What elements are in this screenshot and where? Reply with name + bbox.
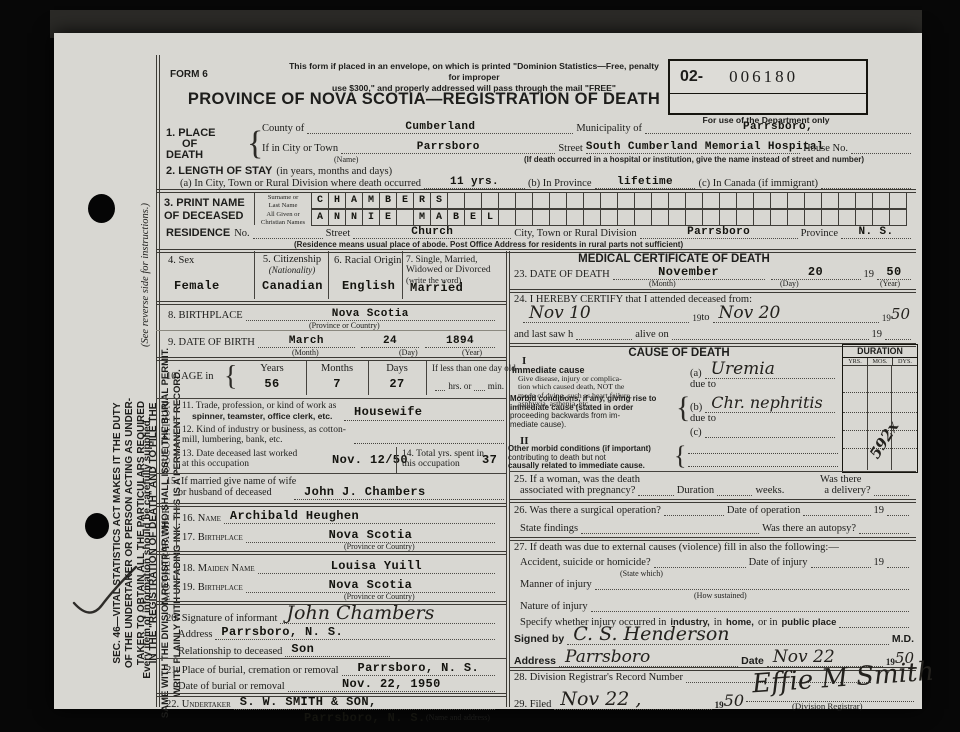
print-name-label-2: OF DECEASED: [164, 210, 245, 223]
q25-delivery-label: a delivery?: [824, 485, 870, 496]
supplied-note: Every item of information should be care…: [142, 383, 155, 713]
rule: [509, 289, 916, 293]
father-side-text: FATHER: [162, 505, 173, 548]
duration-col-mos: MOS.: [868, 358, 893, 365]
q26-year: 19: [874, 505, 885, 516]
citizenship-paren: (Nationality): [258, 265, 326, 275]
letter-cell: [685, 192, 703, 209]
q26-opdate-label: Date of operation: [727, 505, 800, 516]
father-name-value: Archibald Heughen: [230, 509, 359, 523]
age-min-label: min.: [488, 381, 504, 391]
physician-signature: C. S. Henderson: [573, 623, 729, 645]
letter-cell: [498, 192, 516, 209]
surname-letter-cells: CHAMBERS: [312, 192, 907, 209]
informant-signature: John Chambers: [286, 602, 434, 624]
letter-cell: [804, 209, 822, 226]
street-value: South Cumberland Memorial Hospital: [586, 141, 824, 153]
letter-cell: [634, 192, 652, 209]
letter-cell: [719, 192, 737, 209]
dod-line: 23. DATE OF DEATH November 20 19 50: [514, 266, 914, 280]
age-less-label: If less than one day old: [432, 363, 516, 373]
letter-cell: [532, 192, 550, 209]
occupation-side-text: OCCUPATION: [162, 400, 173, 472]
father-birthplace-note: (Province or Country): [344, 542, 415, 551]
lastsaw-label: and last saw h: [514, 329, 573, 340]
trade-label-2: spinner, teamster, office clerk, etc.: [182, 411, 336, 421]
city-label: If in City or Town: [262, 143, 338, 154]
undertaker-label: 22. Undertaker: [166, 699, 231, 710]
letter-cell: [481, 192, 499, 209]
totalyrs-label-1: 14. Total yrs. spent in: [402, 449, 484, 459]
page-title: PROVINCE OF NOVA SCOTIA—REGISTRATION OF …: [174, 90, 674, 109]
form-number: FORM 6: [170, 69, 208, 80]
lastsaw-year: 19: [872, 329, 883, 340]
relationship-label: Relationship to deceased: [178, 646, 282, 657]
letter-cell: [583, 209, 601, 226]
letter-cell: [838, 192, 856, 209]
rule: [509, 499, 916, 503]
mother-side-label: MOTHER: [158, 553, 177, 599]
residence-division-value: Parrsboro: [687, 226, 750, 238]
letter-cell: I: [362, 209, 380, 226]
letter-cell: [872, 192, 890, 209]
trade-value: Housewife: [354, 405, 422, 419]
dob-month-note: (Month): [292, 348, 319, 357]
duration-header-row: YRS. MOS. DYS.: [843, 358, 917, 366]
father-birthplace-line: 17. Birthplace Nova Scotia: [182, 529, 498, 543]
letter-cell: S: [430, 192, 448, 209]
rule: [396, 447, 397, 473]
dod-day-note: (Day): [780, 279, 799, 288]
totalyrs-label-2: this occupation: [402, 459, 484, 469]
rule: [426, 361, 427, 395]
letter-cell: [787, 209, 805, 226]
rule: [344, 420, 504, 421]
city-street-line: If in City or Town Parrsboro Street Sout…: [262, 141, 914, 154]
county-label: County of: [262, 123, 304, 134]
cause-a-value: Uremia: [711, 359, 775, 379]
birthplace-line: 8. BIRTHPLACE Nova Scotia: [168, 308, 498, 321]
cause-c-label: (c): [690, 427, 702, 438]
signed-line: Signed by C. S. Henderson M.D.: [514, 628, 914, 645]
scanned-photo: { "stamp": {"prefix":"02-","number":"006…: [0, 0, 960, 732]
other-label-3: causally related to immediate cause.: [508, 462, 651, 471]
citizenship-value: Canadian: [262, 279, 323, 293]
letter-cell: E: [379, 209, 397, 226]
rule: [688, 453, 838, 454]
letter-cell: R: [413, 192, 431, 209]
mother-birthplace-label: 19. Birthplace: [182, 582, 243, 593]
cause-title: CAUSE OF DEATH: [524, 347, 834, 359]
spouse-label: 15. If married give name of wife or husb…: [166, 476, 296, 498]
trade-label: 11. Trade, profession, or kind of work a…: [182, 401, 336, 421]
q26-line1: 26. Was there a surgical operation? Date…: [514, 505, 912, 516]
q29-line: 29. Filed Nov 22 , 19 50: [514, 691, 744, 710]
rule: [156, 357, 506, 361]
letter-cell: [889, 209, 907, 226]
racial-origin-label: 6. Racial Origin: [334, 255, 401, 266]
occupation-side-label: OCCUPATION: [158, 399, 177, 473]
letter-cell: A: [430, 209, 448, 226]
attended-from-year: 19: [692, 313, 701, 323]
father-name-line: 16. Name Archibald Heughen: [182, 510, 498, 524]
stay-b-value: lifetime: [617, 176, 673, 188]
letter-cell: [617, 209, 635, 226]
house-no-label: House No.: [803, 143, 848, 154]
age-months-label: Months: [306, 363, 368, 374]
letter-cell: [685, 209, 703, 226]
age-months-value: 7: [306, 377, 368, 391]
sex-label: 4. Sex: [168, 255, 194, 266]
cause-a-line: (a) Uremia: [690, 363, 838, 379]
q27-home-word: home,: [726, 617, 754, 628]
letter-cell: B: [379, 192, 397, 209]
lastworked-label-2: at this occupation: [182, 459, 297, 469]
rule: [354, 443, 504, 444]
letter-cell: [651, 209, 669, 226]
mother-maiden-line: 18. Maiden Name Louisa Yuill: [182, 560, 498, 574]
letter-cell: [600, 192, 618, 209]
certificate-date-label: Date: [741, 655, 764, 667]
letter-cell: [821, 209, 839, 226]
citizenship-label: 5. Citizenship (Nationality): [258, 255, 326, 275]
lastworked-label: 13. Date deceased last worked at this oc…: [182, 449, 297, 469]
undertaker-line: 22. Undertaker S. W. SMITH & SON,: [166, 696, 498, 710]
q25-line2: associated with pregnancy? Duration week…: [520, 485, 912, 496]
cause-a-label: (a): [690, 368, 702, 379]
industry-label-1: 12. Kind of industry or business, as cot…: [182, 425, 346, 435]
letter-cell: [668, 192, 686, 209]
letter-cell: B: [447, 209, 465, 226]
letter-cell: [855, 209, 873, 226]
morbid-label: Morbid conditions, if any, giving rise t…: [510, 395, 656, 429]
rule: [156, 301, 506, 305]
sec46-line: OF THE UNDERTAKER OR PERSON ACTING AS UN…: [124, 331, 136, 732]
city-value: Parrsboro: [417, 141, 480, 153]
rule: [294, 499, 504, 500]
q25-pregnancy-label: associated with pregnancy?: [520, 485, 635, 496]
totalyrs-value: 37: [482, 453, 497, 467]
q27-nature-label: Nature of injury: [520, 601, 588, 612]
dod-month: November: [658, 265, 719, 279]
letter-cell: [668, 209, 686, 226]
registrar-note: (Division Registrar): [792, 701, 863, 711]
mother-maiden-value: Louisa Yuill: [331, 559, 422, 573]
dod-year: 50: [886, 265, 901, 279]
given-sublabel: All Given or Christian Names: [255, 209, 311, 226]
record-number-label: 28. Division Registrar's Record Number: [514, 672, 683, 683]
attended-to-year-prefix: 19: [882, 313, 891, 323]
q25-duration-label: Duration: [677, 485, 714, 496]
letter-cell: [549, 192, 567, 209]
age-years-label: Years: [238, 363, 306, 374]
letter-cell: [889, 192, 907, 209]
rule: [509, 471, 916, 472]
letter-cell: [464, 192, 482, 209]
stay-a-label: (a) In City, Town or Rural Division wher…: [180, 178, 421, 189]
surname-sublabel: Surname or Last Name: [255, 193, 311, 209]
dob-day-note: (Day): [399, 348, 418, 357]
informant-label: 20. Signature of informant: [166, 613, 277, 624]
q27-state-which-note: (State which): [620, 569, 663, 578]
stamp-prefix: 02-: [680, 68, 703, 86]
letter-cell: [753, 192, 771, 209]
letter-cell: [583, 192, 601, 209]
letter-cell: [396, 209, 414, 226]
letter-cell: [634, 209, 652, 226]
lastsaw-mid-label: alive on: [635, 329, 669, 340]
surname-sublabel-2: Last Name: [255, 202, 311, 210]
burial-place-line: 21. Place of burial, cremation or remova…: [166, 662, 498, 676]
name-note: (Name): [334, 155, 358, 164]
totalyrs-label: 14. Total yrs. spent in this occupation: [402, 449, 484, 469]
burial-date-label: Date of burial or removal: [178, 681, 285, 692]
rule: [156, 398, 506, 399]
rule: [156, 330, 506, 331]
letter-cell: [855, 192, 873, 209]
letter-cell: [770, 192, 788, 209]
age-years-value: 56: [238, 377, 306, 391]
dod-month-note: (Month): [649, 279, 676, 288]
letter-cell: A: [345, 192, 363, 209]
physician-address-label: Address: [514, 655, 556, 667]
letter-cell: [515, 209, 533, 226]
dob-year-note: (Year): [462, 348, 482, 357]
md-label: M.D.: [892, 633, 914, 645]
q27-orin-word: or in: [758, 617, 778, 628]
letter-cell: [753, 209, 771, 226]
morbid-brace: {: [676, 391, 690, 425]
marital-value: Married: [410, 281, 463, 295]
dob-line: 9. DATE OF BIRTH March 24 1894: [168, 335, 498, 348]
municipality-value: Parrsboro,: [743, 121, 813, 133]
county-line: County of Cumberland Municipality of Par…: [262, 121, 914, 134]
other-morbid-label: Other morbid conditions (if important) c…: [508, 445, 651, 471]
filed-date-value: Nov 22 ,: [560, 688, 641, 710]
column-divider-rule: [506, 251, 510, 707]
letter-cell: [719, 209, 737, 226]
cause-dueto-1: due to: [690, 379, 716, 390]
rule: [156, 503, 506, 507]
residence-note: (Residence means usual place of abode. P…: [294, 240, 683, 249]
sex-value: Female: [174, 279, 220, 293]
marital-label-1: 7. Single, Married,: [406, 255, 506, 265]
dob-month: March: [289, 335, 324, 347]
residence-province-value: N. S.: [858, 226, 893, 238]
filed-year-value: 50: [724, 691, 744, 710]
dob-label: 9. DATE OF BIRTH: [168, 337, 255, 348]
q25-weeks-label: weeks.: [755, 485, 784, 496]
letter-cell: M: [362, 192, 380, 209]
stamp-box: 02- 006180: [668, 59, 868, 115]
letter-cell: [549, 209, 567, 226]
letter-cell: E: [464, 209, 482, 226]
dob-year: 1894: [446, 335, 474, 347]
given-sublabel-2: Christian Names: [255, 219, 311, 227]
attended-to-value: Nov 20: [719, 303, 781, 323]
letter-cell: [532, 209, 550, 226]
dod-label: 23. DATE OF DEATH: [514, 269, 610, 280]
sec46-line: SEC. 46—VITAL STATISTICS ACT MAKES IT TH…: [112, 331, 124, 732]
age-less-line: hrs. or min.: [432, 381, 504, 391]
q26-line2: State findings Was there an autopsy?: [520, 523, 912, 534]
birthplace-value: Nova Scotia: [332, 308, 409, 320]
rule: [688, 466, 838, 467]
mother-birthplace-value: Nova Scotia: [329, 578, 413, 592]
letter-cell: L: [481, 209, 499, 226]
stay-c-label: (c) In Canada (if immigrant): [698, 178, 818, 189]
letter-cell: N: [328, 209, 346, 226]
rule: [328, 251, 329, 299]
residence-province-label: Province: [801, 228, 838, 239]
cause-b-label: (b): [690, 402, 702, 413]
letter-cell: N: [345, 209, 363, 226]
residence-street-label: Street: [326, 228, 351, 239]
q27-manner-label: Manner of injury: [520, 579, 592, 590]
q27-accident-label: Accident, suicide or homicide?: [520, 557, 651, 568]
age-brace: {: [224, 361, 237, 393]
q26-autopsy-label: Was there an autopsy?: [762, 523, 856, 534]
rule: [156, 473, 506, 474]
attended-to-year-value: 50: [891, 305, 910, 323]
letter-cell: M: [413, 209, 431, 226]
stay-values-line: (a) In City, Town or Rural Division wher…: [180, 176, 914, 189]
rule: [156, 551, 506, 555]
certificate-paper: SEC. 46—VITAL STATISTICS ACT MAKES IT TH…: [54, 33, 922, 709]
attended-line: Nov 10 19 to Nov 20 19 50: [520, 305, 910, 323]
letter-cell: [770, 209, 788, 226]
hospital-note: (If death occurred in a hospital or inst…: [524, 155, 864, 164]
age-days-value: 27: [368, 377, 426, 391]
q25-line1: 25. If a woman, was the death: [514, 474, 640, 485]
envelope-note-line1: This form if placed in an envelope, on w…: [284, 61, 664, 83]
father-side-label: FATHER: [158, 505, 177, 549]
rule: [402, 251, 403, 299]
morbid-label-4: mediate cause).: [510, 421, 656, 430]
letter-cell: A: [311, 209, 329, 226]
informant-relationship-line: Relationship to deceased Son: [178, 643, 498, 657]
municipality-label: Municipality of: [576, 123, 642, 134]
residence-no-label: No.: [234, 228, 249, 239]
signed-by-label: Signed by: [514, 633, 564, 645]
stay-b-label: (b) In Province: [528, 178, 592, 189]
burial-date-line: Date of burial or removal Nov. 22, 1950: [178, 678, 498, 692]
letter-cell: [617, 192, 635, 209]
filed-year-prefix: 19: [715, 700, 724, 710]
place-label-3: DEATH: [166, 150, 216, 161]
spouse-label-2: or husband of deceased: [166, 487, 296, 498]
letter-cell: [566, 209, 584, 226]
cause-c-line: (c): [690, 427, 838, 438]
surname-sublabel-1: Surname or: [255, 194, 311, 202]
father-name-label: 16. Name: [182, 513, 221, 524]
citizenship-label-text: 5. Citizenship: [258, 255, 326, 265]
mother-maiden-label: 18. Maiden Name: [182, 563, 255, 574]
reverse-side-note: (See reverse side for instructions.): [140, 155, 154, 395]
dod-day: 20: [808, 265, 823, 279]
q26-findings-label: State findings: [520, 523, 578, 534]
filed-label: 29. Filed: [514, 699, 551, 710]
informant-address-value: Parrsboro, N. S.: [221, 625, 343, 639]
marital-label-2: Widowed or Divorced: [406, 265, 506, 275]
q27-manner-line: Manner of injury: [520, 579, 912, 590]
duration-col-yrs: YRS.: [843, 358, 868, 365]
attended-to-label: to: [701, 312, 709, 323]
father-birthplace-value: Nova Scotia: [329, 528, 413, 542]
attended-from-value: Nov 10: [529, 303, 591, 323]
spouse-value: John J. Chambers: [304, 485, 426, 499]
q27-injurydate-label: Date of injury: [749, 557, 808, 568]
q27-public-word: public place: [782, 617, 837, 628]
cause-dueto-2: due to: [690, 413, 716, 424]
duration-title: DURATION: [843, 345, 917, 358]
burial-place-label: 21. Place of burial, cremation or remova…: [166, 665, 339, 676]
rule: [156, 658, 506, 659]
birthplace-note: (Province or Country): [309, 321, 380, 330]
spouse-label-1: 15. If married give name of wife: [166, 476, 296, 487]
birthplace-label: 8. BIRTHPLACE: [168, 310, 243, 321]
letter-cell: [787, 192, 805, 209]
mother-birthplace-line: 19. Birthplace Nova Scotia: [182, 579, 498, 593]
burial-place-value: Parrsboro, N. S.: [357, 661, 479, 675]
left-frame-rule: [156, 55, 160, 707]
dob-day: 24: [383, 335, 397, 347]
place-of-death-label: 1. PLACE OF DEATH: [166, 128, 216, 161]
medical-certificate-title: MEDICAL CERTIFICATE OF DEATH: [524, 253, 824, 265]
letter-cell: [821, 192, 839, 209]
undertaker-address: Parrsboro, N. S.: [304, 711, 426, 725]
letter-cell: [566, 192, 584, 209]
trade-label-1: 11. Trade, profession, or kind of work a…: [182, 401, 336, 411]
lastsaw-line: and last saw h alive on 19: [514, 329, 914, 340]
name-sublabels: Surname or Last Name All Given or Christ…: [254, 193, 311, 225]
residence-division-label: City, Town or Rural Division: [514, 228, 636, 239]
mother-birthplace-note: (Province or Country): [344, 592, 415, 601]
industry-label: 12. Kind of industry or business, as cot…: [182, 425, 346, 445]
letter-cell: [447, 192, 465, 209]
age-label: 10. AGE in: [166, 371, 214, 382]
q27-sustained-note: (How sustained): [694, 591, 747, 600]
given-sublabel-1: All Given or: [255, 211, 311, 219]
undertaker-note: (Name and address): [426, 713, 490, 722]
dod-year-prefix: 19: [864, 269, 875, 280]
rule: [254, 251, 255, 299]
q26-operation-label: 26. Was there a surgical operation?: [514, 505, 661, 516]
informant-line: 20. Signature of informant John Chambers: [166, 607, 498, 624]
lastworked-label-1: 13. Date deceased last worked: [182, 449, 297, 459]
stay-a-value: 11 yrs.: [450, 176, 499, 188]
letter-cell: H: [328, 192, 346, 209]
q27-nature-line: Nature of injury: [520, 601, 912, 612]
place-brace: {: [247, 125, 263, 163]
residence-line: RESIDENCE No. Street Church City, Town o…: [166, 226, 914, 239]
hole-punch-bottom: [85, 513, 109, 539]
duration-col-dys: DYS.: [893, 358, 917, 365]
letter-cell: [651, 192, 669, 209]
letter-cell: [702, 209, 720, 226]
given-letter-cells: ANNIEMABEL: [312, 209, 907, 226]
dod-year-note: (Year): [880, 279, 900, 288]
print-name-label-1: 3. PRINT NAME: [164, 197, 245, 210]
age-hrs-label: hrs. or: [448, 381, 471, 391]
letter-cell: [838, 209, 856, 226]
county-value: Cumberland: [405, 121, 475, 133]
residence-street-value: Church: [411, 226, 453, 238]
racial-origin-value: English: [342, 279, 395, 293]
cause-b-value: Chr. nephritis: [711, 393, 822, 412]
physician-address-value: Parrsboro: [565, 647, 650, 667]
burial-date-value: Nov. 22, 1950: [342, 677, 441, 691]
